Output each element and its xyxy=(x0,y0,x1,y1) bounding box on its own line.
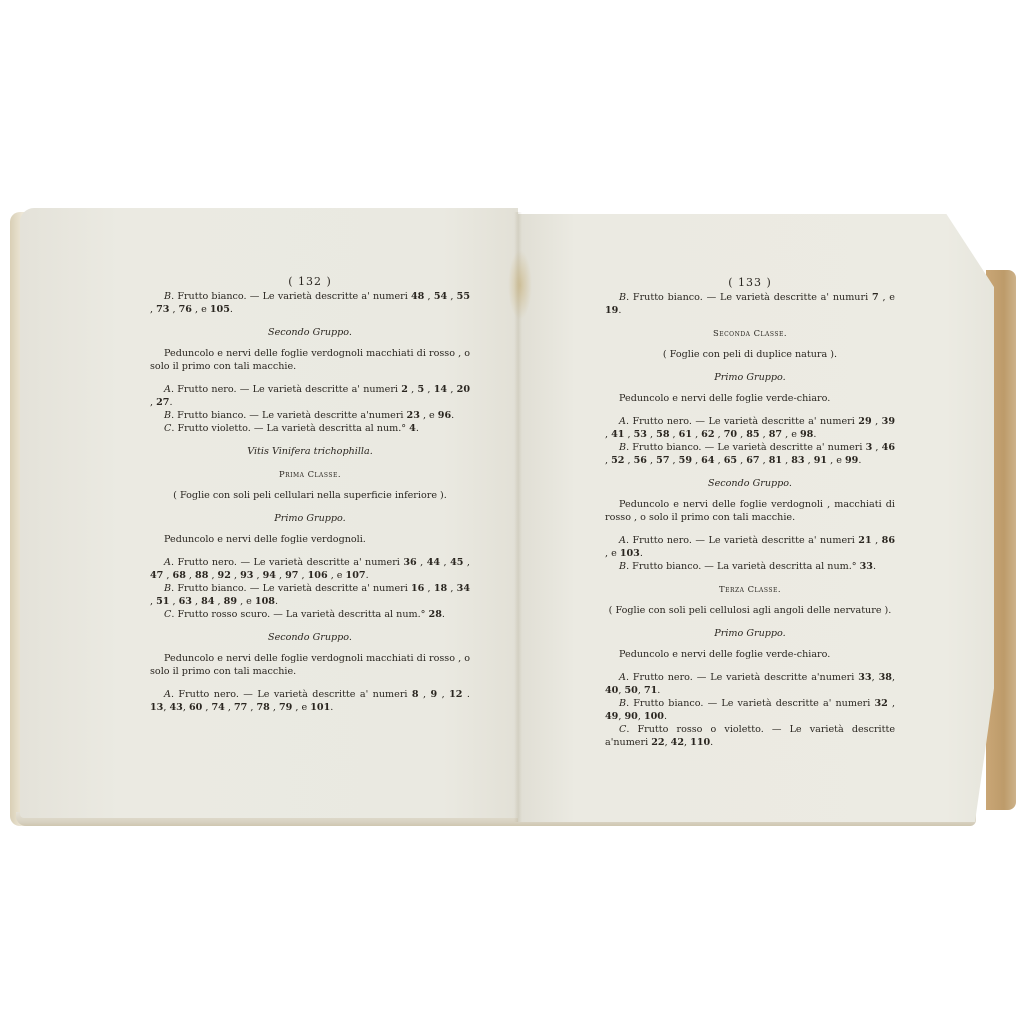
group-description: Peduncolo e nervi delle foglie verdognol… xyxy=(150,652,470,678)
gutter-stain xyxy=(508,250,532,320)
right-page-body: B. Frutto bianco. — Le varietà descritte… xyxy=(605,291,895,749)
group-description: Peduncolo e nervi delle foglie verdognol… xyxy=(150,533,470,546)
group-description: Peduncolo e nervi delle foglie verde-chi… xyxy=(605,392,895,405)
group-description: Peduncolo e nervi delle foglie verde-chi… xyxy=(605,648,895,661)
variety-entry: C. Frutto rosso scuro. — La varietà desc… xyxy=(150,608,470,621)
variety-entry: C. Frutto rosso o violetto. — Le varietà… xyxy=(605,723,895,749)
variety-entry: A. Frutto nero. — Le varietà descritte a… xyxy=(150,383,470,409)
left-page-text: ( 132 ) B. Frutto bianco. — Le varietà d… xyxy=(150,275,470,714)
class-heading: Seconda Classe. xyxy=(605,327,895,340)
section-heading: Secondo Gruppo. xyxy=(150,631,470,644)
variety-entry: B. Frutto bianco. — Le varietà descritte… xyxy=(150,409,470,422)
class-heading: Terza Classe. xyxy=(605,583,895,596)
class-description: ( Foglie con soli peli cellulosi agli an… xyxy=(605,604,895,617)
group-description: Peduncolo e nervi delle foglie verdognol… xyxy=(150,347,470,373)
variety-entry: B. Frutto bianco. — Le varietà descritte… xyxy=(605,291,895,317)
variety-entry: B. Frutto bianco. — La varietà descritta… xyxy=(605,560,895,573)
page-number-right: ( 133 ) xyxy=(605,276,895,289)
class-description: ( Foglie con peli di duplice natura ). xyxy=(605,348,895,361)
section-heading: Secondo Gruppo. xyxy=(605,477,895,490)
left-page-body: B. Frutto bianco. — Le varietà descritte… xyxy=(150,290,470,714)
page-number-left: ( 132 ) xyxy=(150,275,470,288)
open-book: ( 132 ) B. Frutto bianco. — Le varietà d… xyxy=(0,0,1024,1024)
section-heading: Primo Gruppo. xyxy=(605,371,895,384)
section-heading: Vitis Vinifera trichophilla. xyxy=(150,445,470,458)
variety-entry: A. Frutto nero. — Le varietà descritte a… xyxy=(150,556,470,582)
class-description: ( Foglie con soli peli cellulari nella s… xyxy=(150,489,470,502)
variety-entry: B. Frutto bianco. — Le varietà descritte… xyxy=(605,697,895,723)
variety-entry: B. Frutto bianco. — Le varietà descritte… xyxy=(150,582,470,608)
right-page-text: ( 133 ) B. Frutto bianco. — Le varietà d… xyxy=(605,276,895,749)
variety-entry: C. Frutto violetto. — La varietà descrit… xyxy=(150,422,470,435)
variety-entry: A. Frutto nero. — Le varietà descritte a… xyxy=(605,671,895,697)
variety-entry: B. Frutto bianco. — Le varietà descritte… xyxy=(150,290,470,316)
variety-entry: A. Frutto nero. — Le varietà descritte a… xyxy=(150,688,470,714)
class-heading: Prima Classe. xyxy=(150,468,470,481)
variety-entry: B. Frutto bianco. — Le varietà descritte… xyxy=(605,441,895,467)
section-heading: Primo Gruppo. xyxy=(605,627,895,640)
variety-entry: A. Frutto nero. — Le varietà descritte a… xyxy=(605,534,895,560)
variety-entry: A. Frutto nero. — Le varietà descritte a… xyxy=(605,415,895,441)
section-heading: Secondo Gruppo. xyxy=(150,326,470,339)
section-heading: Primo Gruppo. xyxy=(150,512,470,525)
group-description: Peduncolo e nervi delle foglie verdognol… xyxy=(605,498,895,524)
